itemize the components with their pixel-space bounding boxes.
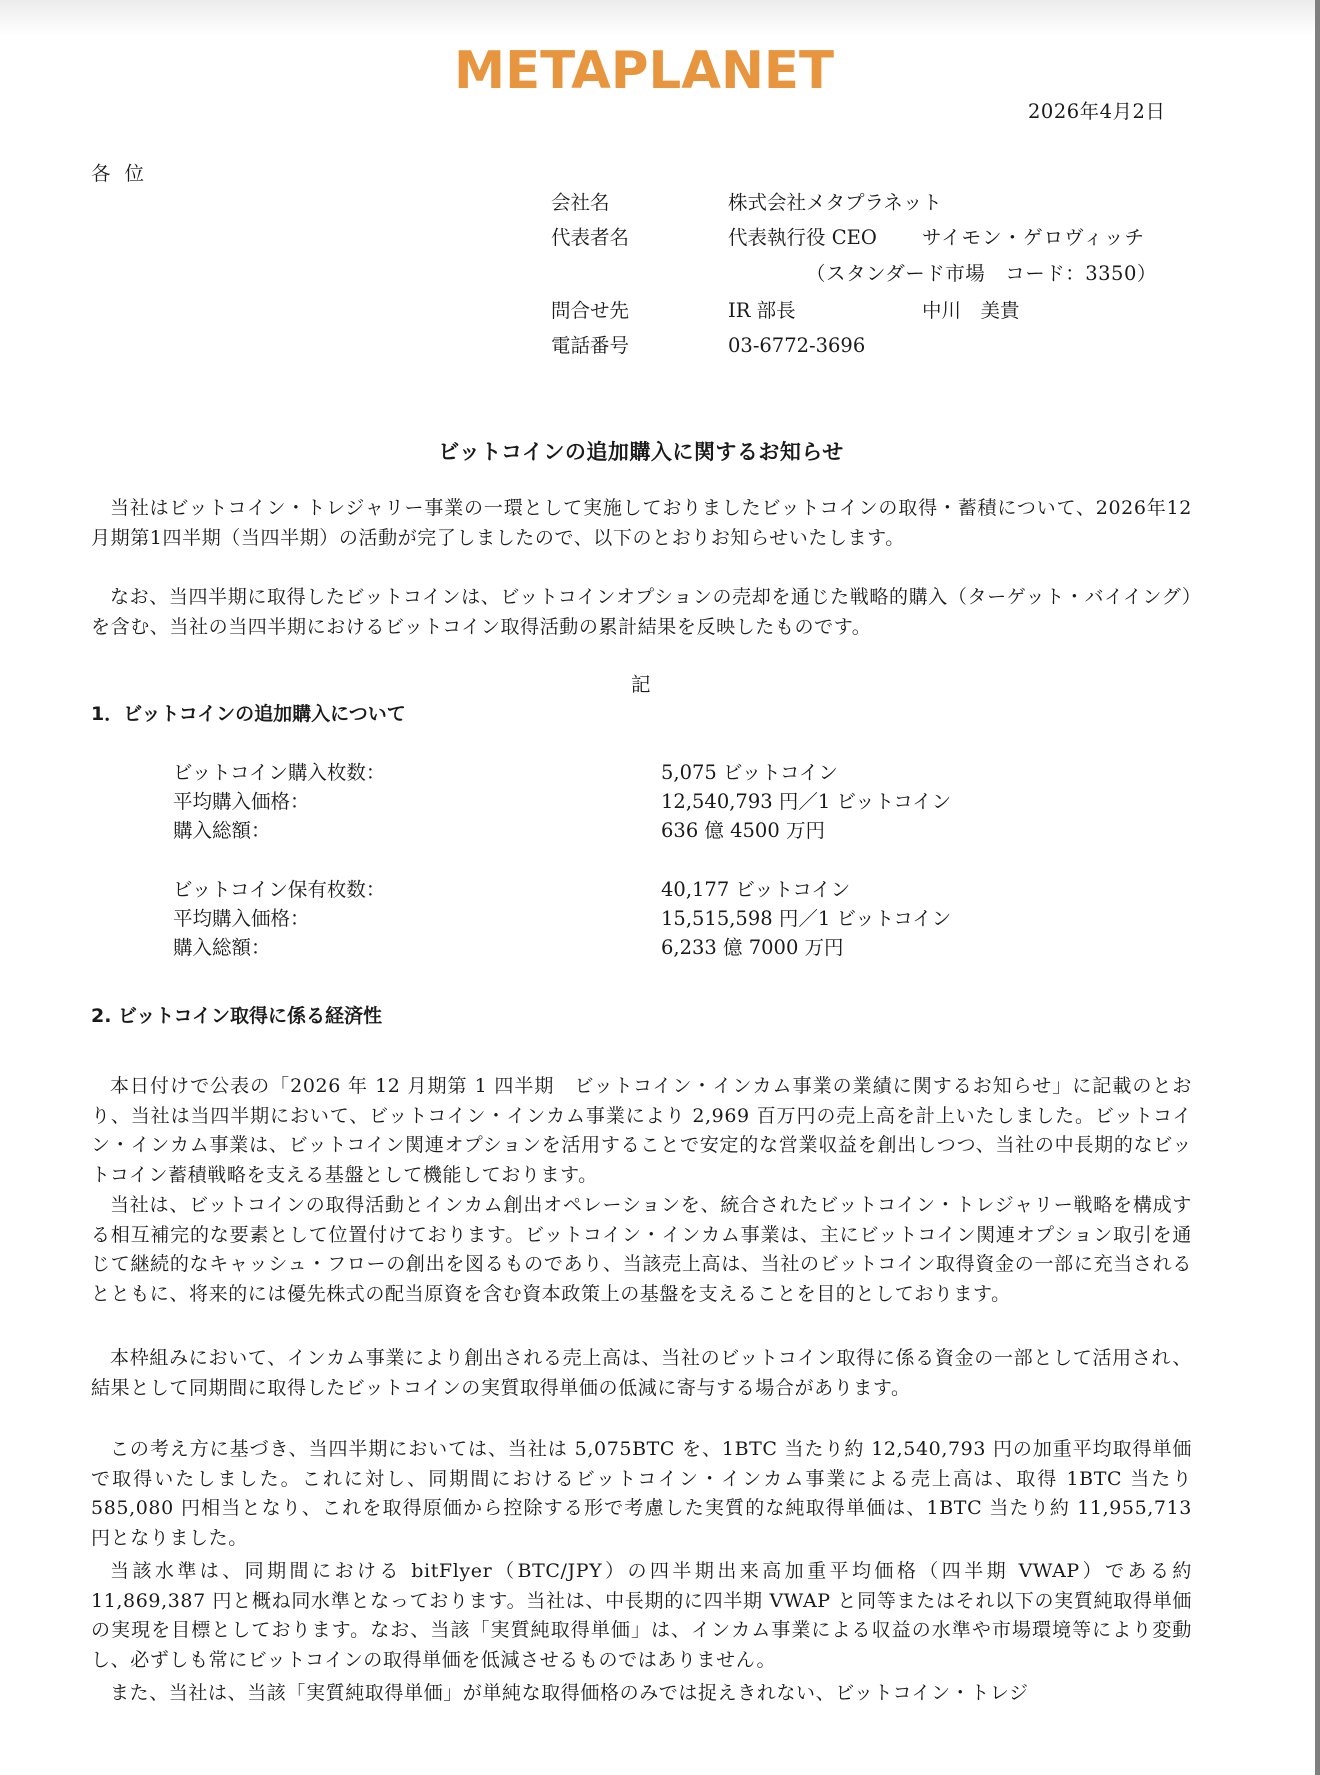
company-name-value: 株式会社メタプラネット (728, 192, 942, 214)
logo-wordmark-icon: METAPLANET (452, 42, 836, 94)
scrollbar-edge[interactable] (1315, 0, 1320, 1775)
section-1-heading: 1．ビットコインの追加購入について (91, 703, 406, 725)
purchase-total-value: 636 億 4500 万円 (661, 820, 825, 842)
purchase-count-value: 5,075 ビットコイン (661, 762, 838, 784)
contact-title: IR 部長 (728, 300, 796, 322)
economics-paragraph-2: 当社は、ビットコインの取得活動とインカム創出オペレーションを、統合されたビットコ… (91, 1191, 1192, 1309)
document-title: ビットコインの追加購入に関するお知らせ (0, 436, 1282, 466)
holdings-avg-price-value: 15,515,598 円／1 ビットコイン (661, 908, 951, 930)
holdings-total-label: 購入総額： (173, 937, 271, 959)
representative-title: 代表執行役 CEO (728, 227, 877, 249)
holdings-avg-price-label: 平均購入価格： (173, 908, 310, 930)
phone-value: 03-6772-3696 (728, 335, 865, 357)
purchase-count-label: ビットコイン購入枚数： (173, 762, 385, 784)
contact-label: 問合せ先 (551, 300, 629, 322)
purchase-avg-price-label: 平均購入価格： (173, 791, 310, 813)
ki-marker: 記 (631, 674, 651, 696)
svg-text:METAPLANET: METAPLANET (454, 42, 835, 94)
representative-name: サイモン・ゲロヴィッチ (922, 227, 1145, 249)
intro-paragraph-1: 当社はビットコイン・トレジャリー事業の一環として実施しておりましたビットコインの… (91, 494, 1192, 553)
economics-paragraph-6: また、当社は、当該「実質純取得単価」が単純な取得価格のみでは捉えきれない、ビット… (91, 1679, 1192, 1709)
economics-paragraph-5: 当該水準は、同期間における bitFlyer（BTC/JPY）の四半期出来高加重… (91, 1557, 1192, 1675)
company-name-label: 会社名 (551, 192, 610, 214)
economics-paragraph-1: 本日付けで公表の「2026 年 12 月期第 1 四半期 ビットコイン・インカム… (91, 1072, 1192, 1190)
purchase-total-label: 購入総額： (173, 820, 271, 842)
recipient: 各位 (91, 163, 158, 185)
phone-label: 電話番号 (551, 335, 629, 357)
intro-paragraph-2: なお、当四半期に取得したビットコインは、ビットコインオプションの売却を通じた戦略… (91, 583, 1192, 642)
economics-paragraph-4: この考え方に基づき、当四半期においては、当社は 5,075BTC を、1BTC … (91, 1435, 1192, 1553)
purchase-avg-price-value: 12,540,793 円／1 ビットコイン (661, 791, 951, 813)
contact-name: 中川 美貴 (922, 300, 1020, 322)
page-top-shadow (0, 0, 1315, 36)
holdings-count-label: ビットコイン保有枚数： (173, 879, 385, 901)
market-code: （スタンダード市場 コード：3350） (806, 263, 1157, 285)
representative-label: 代表者名 (551, 227, 629, 249)
economics-paragraph-3: 本枠組みにおいて、インカム事業により創出される売上高は、当社のビットコイン取得に… (91, 1344, 1192, 1403)
holdings-count-value: 40,177 ビットコイン (661, 879, 850, 901)
holdings-total-value: 6,233 億 7000 万円 (661, 937, 844, 959)
section-2-heading: 2. ビットコイン取得に係る経済性 (91, 1005, 382, 1027)
metaplanet-logo: METAPLANET (452, 42, 836, 94)
release-date: 2026年4月2日 (1028, 101, 1165, 123)
